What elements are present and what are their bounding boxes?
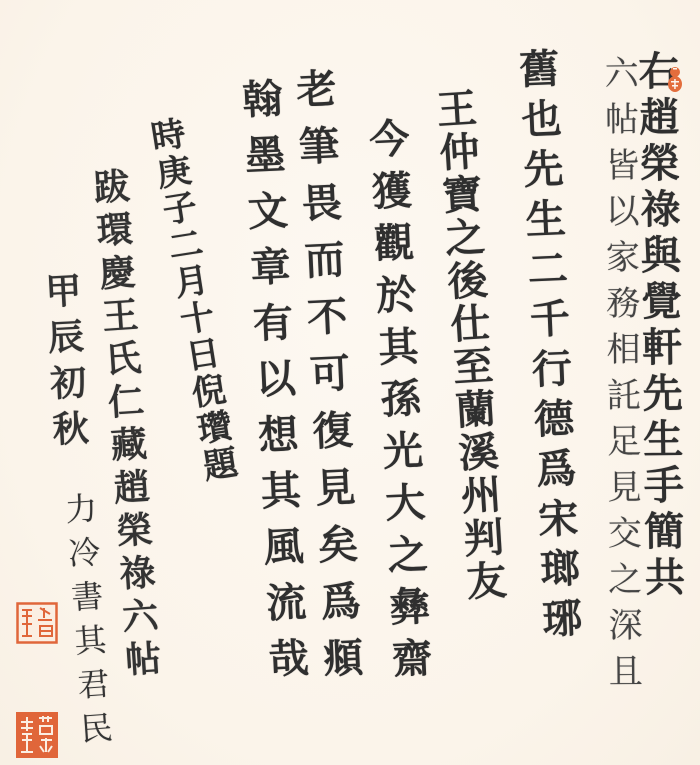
calligraphy-paper: 右趙榮祿與覺軒先生手簡共 六帖皆以家務相託足見交之深且 舊也先生二千行德爲宋瑯琊… bbox=[0, 0, 700, 765]
calligraphy-column-3: 舊也先生二千行德爲宋瑯琊 bbox=[515, 47, 580, 648]
calligraphy-column-1: 右趙榮祿與覺軒先生手簡共 bbox=[635, 50, 682, 602]
inscription-date: 甲辰初秋 bbox=[42, 271, 88, 457]
calligraphy-column-2: 六帖皆以家務相託足見交之深且 bbox=[601, 55, 639, 699]
calligraphy-column-4: 王仲寶之後仕至蘭溪州判友 bbox=[432, 87, 504, 604]
artist-seal-lower-icon bbox=[16, 712, 58, 758]
artist-signature: 力冷書其君民 bbox=[62, 491, 112, 757]
calligraphy-column-5: 今獲觀於其孫光大之彝齋 bbox=[365, 117, 430, 690]
artist-seal-upper-icon bbox=[16, 602, 58, 644]
calligraphy-column-8: 時庚子二月十日倪瓚題 bbox=[145, 115, 236, 486]
gourd-seal-icon bbox=[667, 64, 683, 94]
